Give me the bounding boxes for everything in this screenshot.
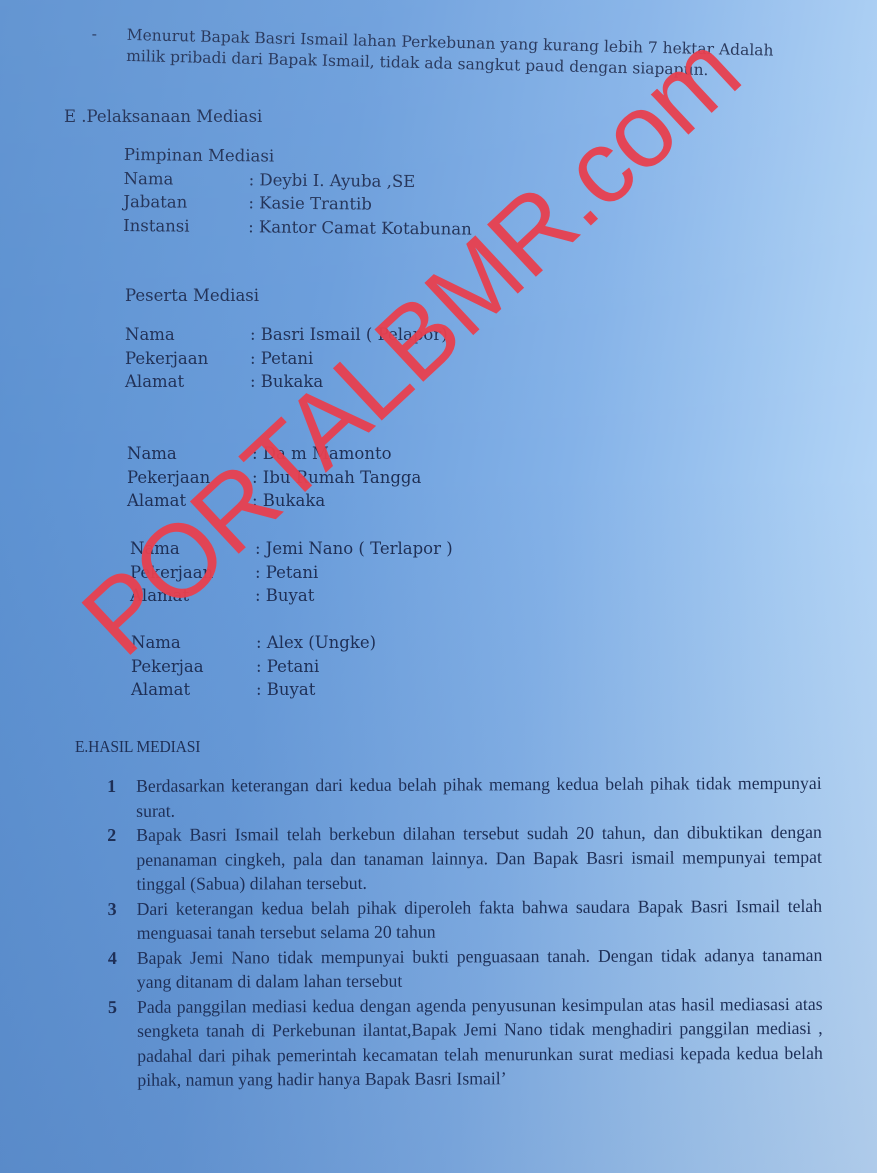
participant-block: Nama : Basri Ismail ( Pelapor) Pekerjaan… [125, 323, 448, 394]
intro-bullet-text: Menurut Bapak Basri Ismail lahan Perkebu… [126, 25, 792, 83]
field-value: : Bukaka [250, 370, 323, 394]
participant-row-alamat: Alamat : Buyat [131, 678, 376, 702]
field-value: : Jemi Nano ( Terlapor ) [255, 537, 453, 561]
field-label: Pekerjaan [130, 561, 255, 585]
list-number: 3 [108, 896, 137, 945]
field-value: : Kantor Camat Kotabunan [248, 215, 472, 241]
field-label: Instansi [123, 213, 248, 238]
field-value: : Petani [250, 347, 313, 371]
participant-block: Nama : Alex (Ungke) Pekerjaa : Petani Al… [131, 631, 376, 702]
peserta-title: Peserta Mediasi [125, 286, 259, 305]
document-page: - Menurut Bapak Basri Ismail lahan Perke… [0, 0, 877, 1173]
field-label: Jabatan [123, 190, 248, 215]
field-value: : Bukaka [252, 489, 325, 513]
bullet-marker: - [91, 24, 97, 45]
list-text: Pada panggilan mediasi kedua dengan agen… [137, 991, 823, 1092]
participant-row-pekerjaan: Pekerjaan : Petani [130, 561, 453, 585]
list-text: Bapak Jemi Nano tidak mempunyai bukti pe… [137, 942, 823, 994]
field-label: Nama [127, 442, 252, 466]
list-number: 4 [108, 945, 137, 994]
field-value: : Buyat [256, 678, 315, 702]
field-value: : Petani [255, 561, 318, 585]
field-value: : Basri Ismail ( Pelapor) [250, 323, 448, 347]
list-item: 3 Dari keterangan kedua belah pihak dipe… [108, 893, 833, 945]
participant-row-pekerjaan: Pekerjaan : Petani [125, 347, 448, 371]
field-label: Alamat [131, 678, 256, 702]
participant-row-nama: Nama : Jemi Nano ( Terlapor ) [130, 537, 453, 561]
participant-row-nama: Nama : Basri Ismail ( Pelapor) [125, 323, 448, 347]
intro-bullet: - Menurut Bapak Basri Ismail lahan Perke… [91, 24, 792, 83]
field-label: Nama [124, 166, 249, 191]
field-value: : Deybi I. Ayuba ,SE [249, 168, 416, 193]
field-value: : Buyat [255, 584, 314, 608]
participant-row-pekerjaan: Pekerjaa : Petani [131, 655, 376, 679]
participant-block: Nama : Jemi Nano ( Terlapor ) Pekerjaan … [130, 537, 453, 608]
field-label: Pekerjaan [127, 466, 252, 490]
participant-row-nama: Nama : Da m Mamonto [127, 442, 421, 466]
list-number: 1 [107, 774, 136, 823]
field-label: Alamat [130, 584, 255, 608]
list-item: 5 Pada panggilan mediasi kedua dengan ag… [108, 991, 833, 1092]
participant-row-pekerjaan: Pekerjaan : Ibu Rumah Tangga [127, 466, 421, 490]
field-value: : Da m Mamonto [252, 442, 392, 466]
participant-row-alamat: Alamat : Bukaka [125, 370, 448, 394]
section-heading-pelaksanaan: E .Pelaksanaan Mediasi [64, 107, 262, 126]
participant-block: Nama : Da m Mamonto Pekerjaan : Ibu Ruma… [127, 442, 421, 513]
field-label: Pekerjaan [125, 347, 250, 371]
hasil-mediasi-list: 1 Berdasarkan keterangan dari kedua bela… [107, 771, 833, 1093]
list-text: Berdasarkan keterangan dari kedua belah … [136, 771, 822, 823]
list-number: 5 [108, 994, 137, 1092]
participant-row-alamat: Alamat : Buyat [130, 584, 453, 608]
list-item: 1 Berdasarkan keterangan dari kedua bela… [107, 771, 832, 823]
section-heading-hasil-mediasi: E.HASIL MEDIASI [75, 737, 200, 757]
participant-row-alamat: Alamat : Bukaka [127, 489, 421, 513]
field-label: Nama [125, 323, 250, 347]
field-label: Alamat [127, 489, 252, 513]
field-value: : Ibu Rumah Tangga [252, 466, 421, 490]
field-label: Pekerjaa [131, 655, 256, 679]
field-label: Nama [131, 631, 256, 655]
field-value: : Petani [256, 655, 319, 679]
field-value: : Alex (Ungke) [256, 631, 376, 655]
field-value: : Kasie Trantib [248, 191, 372, 216]
field-label: Nama [130, 537, 255, 561]
list-item: 4 Bapak Jemi Nano tidak mempunyai bukti … [108, 942, 833, 994]
pimpinan-row-instansi: Instansi : Kantor Camat Kotabunan [123, 213, 472, 240]
list-number: 2 [107, 823, 136, 897]
list-text: Bapak Basri Ismail telah berkebun dilaha… [136, 820, 822, 896]
pimpinan-mediasi-block: Pimpinan Mediasi Nama : Deybi I. Ayuba ,… [123, 143, 473, 241]
list-item: 2 Bapak Basri Ismail telah berkebun dila… [107, 820, 832, 897]
participant-row-nama: Nama : Alex (Ungke) [131, 631, 376, 655]
field-label: Alamat [125, 370, 250, 394]
list-text: Dari keterangan kedua belah pihak dipero… [137, 893, 823, 945]
